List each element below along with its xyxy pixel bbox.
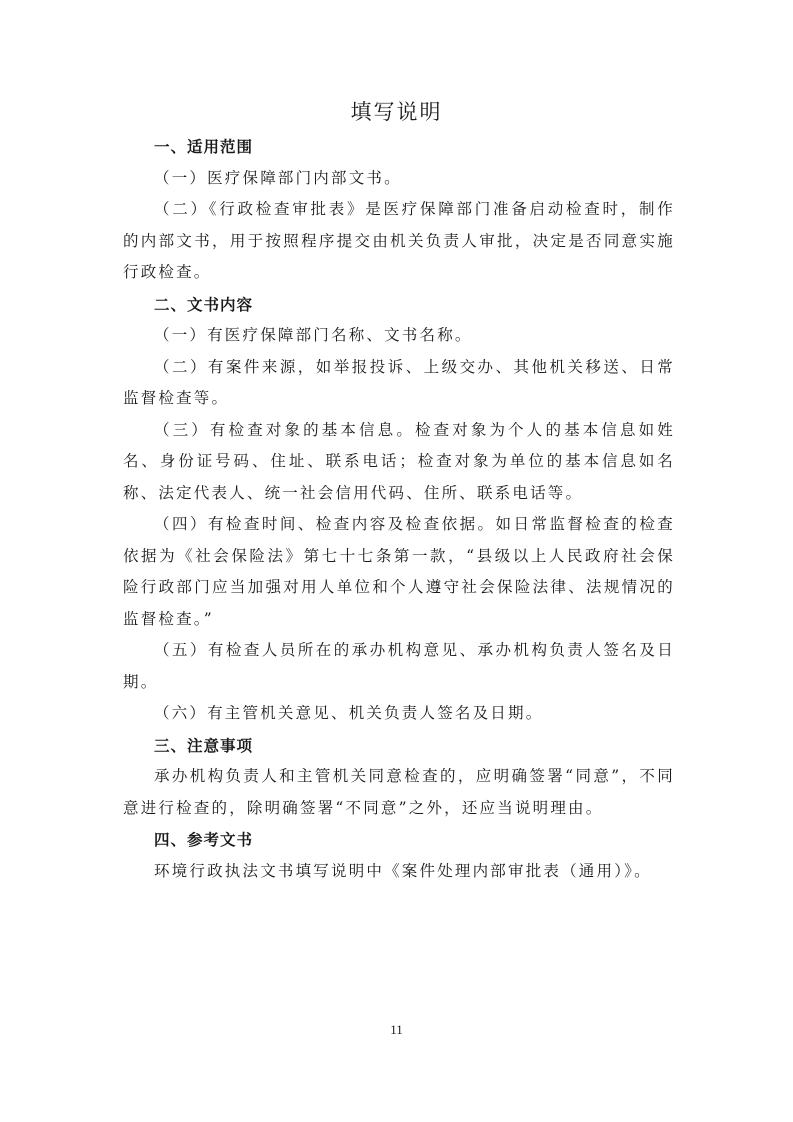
section-heading: 一、适用范围 [123,131,675,163]
section-scope: 一、适用范围 （一）医疗保障部门内部文书。 （二）《行政检查审批表》是医疗保障部… [123,131,675,289]
paragraph: 环境行政执法文书填写说明中《案件处理内部审批表（通用）》。 [123,856,675,888]
paragraph: （一）医疗保障部门内部文书。 [123,163,675,195]
section-notes: 三、注意事项 承办机构负责人和主管机关同意检查的，应明确签署“同意”，不同意进行… [123,730,675,825]
section-heading: 二、文书内容 [123,289,675,321]
paragraph: （二）有案件来源，如举报投诉、上级交办、其他机关移送、日常监督检查等。 [123,352,675,415]
section-heading: 三、注意事项 [123,730,675,762]
document-body: 一、适用范围 （一）医疗保障部门内部文书。 （二）《行政检查审批表》是医疗保障部… [123,131,675,887]
paragraph: （五）有检查人员所在的承办机构意见、承办机构负责人签名及日期。 [123,635,675,698]
document-page: 填写说明 一、适用范围 （一）医疗保障部门内部文书。 （二）《行政检查审批表》是… [0,0,793,1122]
section-content: 二、文书内容 （一）有医疗保障部门名称、文书名称。 （二）有案件来源，如举报投诉… [123,289,675,730]
paragraph: （六）有主管机关意见、机关负责人签名及日期。 [123,698,675,730]
paragraph: （一）有医疗保障部门名称、文书名称。 [123,320,675,352]
section-heading: 四、参考文书 [123,824,675,856]
page-title: 填写说明 [0,96,793,126]
paragraph: （三）有检查对象的基本信息。检查对象为个人的基本信息如姓名、身份证号码、住址、联… [123,415,675,510]
paragraph: （二）《行政检查审批表》是医疗保障部门准备启动检查时，制作的内部文书，用于按照程… [123,194,675,289]
paragraph: 承办机构负责人和主管机关同意检查的，应明确签署“同意”，不同意进行检查的，除明确… [123,761,675,824]
paragraph: （四）有检查时间、检查内容及检查依据。如日常监督检查的检查依据为《社会保险法》第… [123,509,675,635]
section-reference: 四、参考文书 环境行政执法文书填写说明中《案件处理内部审批表（通用）》。 [123,824,675,887]
page-number: 11 [0,1022,793,1038]
